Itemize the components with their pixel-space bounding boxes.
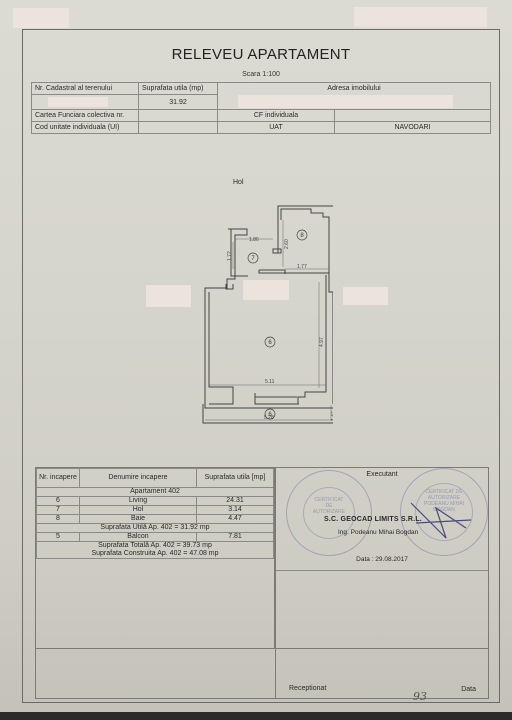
cf-individual-label: CF individuala	[218, 110, 335, 122]
executant-divider	[276, 570, 488, 571]
redacted-area-top-left	[13, 8, 69, 28]
page-title: RELEVEU APARTAMENT	[23, 46, 499, 63]
address-label: Adresa imobilului	[218, 83, 491, 95]
executant-date: Data : 29.08.2017	[276, 556, 488, 563]
useful-area-value: 31.92	[139, 95, 218, 110]
row-nr: 6	[37, 497, 80, 506]
ui-code-value	[139, 122, 218, 134]
redacted-address	[238, 95, 453, 108]
rooms-table: Nr. incapere Denumire incapere Suprafata…	[36, 468, 274, 559]
cf-collective-label: Cartea Funciara colectiva nr.	[32, 110, 139, 122]
room-number-6: 6	[268, 340, 272, 346]
stamp-left-text: CERTIFICAT DE AUTORIZARE	[311, 497, 347, 515]
dim-baie-height: 2.60	[284, 239, 290, 249]
col-header-name: Denumire incapere	[80, 469, 197, 488]
rooms-table-box: Nr. incapere Denumire incapere Suprafata…	[35, 467, 275, 649]
row-nr: 7	[37, 506, 80, 515]
reception-column-divider	[275, 569, 276, 699]
total-area: Suprafata Totală Ap. 402 = 39.73 mp	[37, 542, 274, 551]
redacted-plan-right	[343, 287, 388, 305]
handwritten-note: 93	[413, 690, 427, 703]
dim-balcon-height: 1.47	[331, 411, 333, 421]
row-nr: 8	[37, 515, 80, 524]
dim-living-height: 4.97	[319, 337, 325, 347]
redacted-plan-center	[243, 280, 289, 300]
floor-plan: 1.86 1.72 2.60 1.77 4.97 5.11 5.28 1.47 …	[193, 187, 333, 427]
col-header-nr: Nr. incapere	[37, 469, 80, 488]
row-area: 7.81	[197, 533, 274, 542]
row-area: 4.47	[197, 515, 274, 524]
scale-label: Scara 1:100	[23, 71, 499, 78]
table-row: 6 Living 24.31	[37, 497, 274, 506]
row-nr: 5	[37, 533, 80, 542]
table-row: 5 Balcon 7.81	[37, 533, 274, 542]
dim-hol-width: 1.86	[249, 237, 259, 243]
executant-label: Executant	[276, 471, 488, 478]
cadastral-label: Nr. Cadastral al terenului	[32, 83, 139, 95]
cf-individual-value	[335, 110, 491, 122]
executant-box: CERTIFICAT DE AUTORIZARE CERTIFICAT DE A…	[275, 467, 489, 649]
apartment-label: Apartament 402	[37, 488, 274, 497]
uat-value: NAVODARI	[335, 122, 491, 134]
receptionist-label: Receptionat	[289, 685, 326, 692]
uat-label: UAT	[218, 122, 335, 134]
col-header-area: Suprafata utila [mp]	[197, 469, 274, 488]
address-value	[218, 95, 491, 110]
document-sheet: RELEVEU APARTAMENT Scara 1:100 Nr. Cadas…	[22, 29, 500, 703]
reception-date-label: Data	[461, 686, 476, 693]
dim-hol-height: 1.72	[227, 251, 233, 261]
row-area: 24.31	[197, 497, 274, 506]
built-area: Suprafata Construita Ap. 402 = 47.08 mp	[37, 550, 274, 559]
dim-baie-width: 1.77	[297, 264, 307, 270]
header-table: Nr. Cadastral al terenului Suprafata uti…	[31, 82, 491, 134]
ui-code-label: Cod unitate individuala (UI)	[32, 122, 139, 134]
dim-living-width: 5.11	[265, 379, 275, 385]
table-row: 8 Baie 4.47	[37, 515, 274, 524]
row-name: Hol	[80, 506, 197, 515]
signature	[406, 498, 476, 548]
cf-collective-value	[139, 110, 218, 122]
row-name: Living	[80, 497, 197, 506]
useful-total: Suprafata Utilă Ap. 402 = 31.92 mp	[37, 524, 274, 533]
useful-area-label: Suprafata utila (mp)	[139, 83, 218, 95]
row-area: 3.14	[197, 506, 274, 515]
room-number-8: 8	[300, 233, 304, 239]
row-name: Baie	[80, 515, 197, 524]
redacted-cadastral	[48, 97, 108, 107]
room-number-7: 7	[251, 256, 255, 262]
redacted-plan-left	[146, 285, 191, 307]
redacted-area-top-right	[354, 7, 487, 27]
table-row: 7 Hol 3.14	[37, 506, 274, 515]
cadastral-value	[32, 95, 139, 110]
stamp-left: CERTIFICAT DE AUTORIZARE	[286, 470, 372, 556]
hall-label: Hol	[233, 179, 244, 186]
background-edge	[0, 712, 512, 720]
row-name: Balcon	[80, 533, 197, 542]
